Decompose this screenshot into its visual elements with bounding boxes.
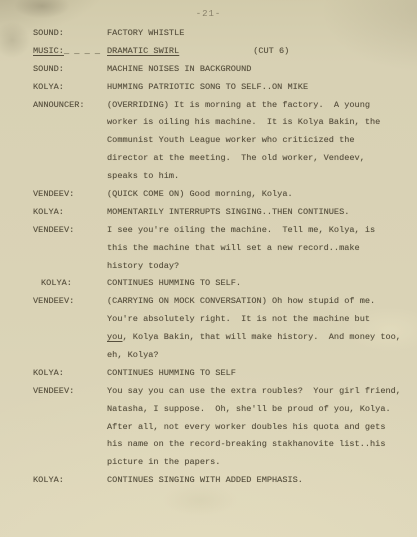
speaker-label: MUSIC:_ _ _ _	[33, 45, 107, 57]
script-line: history today?	[33, 260, 413, 278]
line-text: HUMMING PATRIOTIC SONG TO SELF..ON MIKE	[107, 81, 413, 93]
line-text: MOMENTARILY INTERRUPTS SINGING..THEN CON…	[107, 206, 413, 218]
speaker-label: VENDEEV:	[33, 295, 107, 307]
line-text: worker is oiling his machine. It is Koly…	[107, 116, 413, 128]
script-line: SOUND:FACTORY WHISTLE	[33, 27, 413, 45]
speaker-label: KOLYA:	[33, 81, 107, 93]
line-text: Natasha, I suppose. Oh, she'll be proud …	[107, 403, 413, 415]
line-text: speaks to him.	[107, 170, 413, 182]
line-text: CONTINUES SINGING WITH ADDED EMPHASIS.	[107, 474, 413, 486]
cue-note: (CUT 6)	[253, 46, 289, 56]
script-line: VENDEEV:You say you can use the extra ro…	[33, 385, 413, 403]
line-text: Communist Youth League worker who critic…	[107, 134, 413, 146]
line-text: FACTORY WHISTLE	[107, 27, 413, 39]
script-line: VENDEEV:(CARRYING ON MOCK CONVERSATION) …	[33, 295, 413, 313]
script-line: this the machine that will set a new rec…	[33, 242, 413, 260]
line-text: picture in the papers.	[107, 456, 413, 468]
script-line: picture in the papers.	[33, 456, 413, 474]
script-line: director at the meeting. The old worker,…	[33, 152, 413, 170]
script-line: KOLYA:MOMENTARILY INTERRUPTS SINGING..TH…	[33, 206, 413, 224]
speaker-label: SOUND:	[33, 27, 107, 39]
speaker-label: KOLYA:	[33, 206, 107, 218]
line-text: CONTINUES HUMMING TO SELF.	[107, 277, 413, 289]
line-text: You're absolutely right. It is not the m…	[107, 313, 413, 325]
script-line: speaks to him.	[33, 170, 413, 188]
script-line: VENDEEV:I see you're oiling the machine.…	[33, 224, 413, 242]
line-text: (QUICK COME ON) Good morning, Kolya.	[107, 188, 413, 200]
line-text: MACHINE NOISES IN BACKGROUND	[107, 63, 413, 75]
speaker-label: KOLYA:	[33, 277, 107, 289]
script-line: KOLYA:CONTINUES HUMMING TO SELF	[33, 367, 413, 385]
script-line: After all, not every worker doubles his …	[33, 421, 413, 439]
script-line: KOLYA:CONTINUES HUMMING TO SELF.	[33, 277, 413, 295]
speaker-label: VENDEEV:	[33, 385, 107, 397]
script-line: Natasha, I suppose. Oh, she'll be proud …	[33, 403, 413, 421]
script-line: eh, Kolya?	[33, 349, 413, 367]
line-text: history today?	[107, 260, 413, 272]
page-number: -21-	[0, 9, 417, 19]
script-line: VENDEEV:(QUICK COME ON) Good morning, Ko…	[33, 188, 413, 206]
speaker-label: KOLYA:	[33, 474, 107, 486]
line-text: DRAMATIC SWIRL(CUT 6)	[107, 45, 413, 57]
speaker-label: KOLYA:	[33, 367, 107, 379]
line-text: you, Kolya Bakin, that will make history…	[107, 331, 413, 343]
line-text: (CARRYING ON MOCK CONVERSATION) Oh how s…	[107, 295, 413, 307]
leader-dashes: _ _ _ _	[64, 46, 105, 56]
line-text: this the machine that will set a new rec…	[107, 242, 413, 254]
script-line: you, Kolya Bakin, that will make history…	[33, 331, 413, 349]
script-line: worker is oiling his machine. It is Koly…	[33, 116, 413, 134]
line-text: (OVERRIDING) It is morning at the factor…	[107, 99, 413, 111]
speaker-label: VENDEEV:	[33, 224, 107, 236]
line-text: CONTINUES HUMMING TO SELF	[107, 367, 413, 379]
script-line: KOLYA:HUMMING PATRIOTIC SONG TO SELF..ON…	[33, 81, 413, 99]
script-line: SOUND:MACHINE NOISES IN BACKGROUND	[33, 63, 413, 81]
line-text: his name on the record-breaking stakhano…	[107, 438, 413, 450]
script-line: KOLYA:CONTINUES SINGING WITH ADDED EMPHA…	[33, 474, 413, 492]
script-body: SOUND:FACTORY WHISTLEMUSIC:_ _ _ _ DRAMA…	[33, 27, 413, 492]
line-text: I see you're oiling the machine. Tell me…	[107, 224, 413, 236]
script-line: ANNOUNCER:(OVERRIDING) It is morning at …	[33, 99, 413, 117]
speaker-label: VENDEEV:	[33, 188, 107, 200]
line-text: You say you can use the extra roubles? Y…	[107, 385, 413, 397]
script-line: his name on the record-breaking stakhano…	[33, 438, 413, 456]
script-line: MUSIC:_ _ _ _ DRAMATIC SWIRL(CUT 6)	[33, 45, 413, 63]
line-text: After all, not every worker doubles his …	[107, 421, 413, 433]
speaker-label: ANNOUNCER:	[33, 99, 107, 111]
speaker-label: SOUND:	[33, 63, 107, 75]
script-line: Communist Youth League worker who critic…	[33, 134, 413, 152]
line-text: director at the meeting. The old worker,…	[107, 152, 413, 164]
line-text: eh, Kolya?	[107, 349, 413, 361]
script-line: You're absolutely right. It is not the m…	[33, 313, 413, 331]
